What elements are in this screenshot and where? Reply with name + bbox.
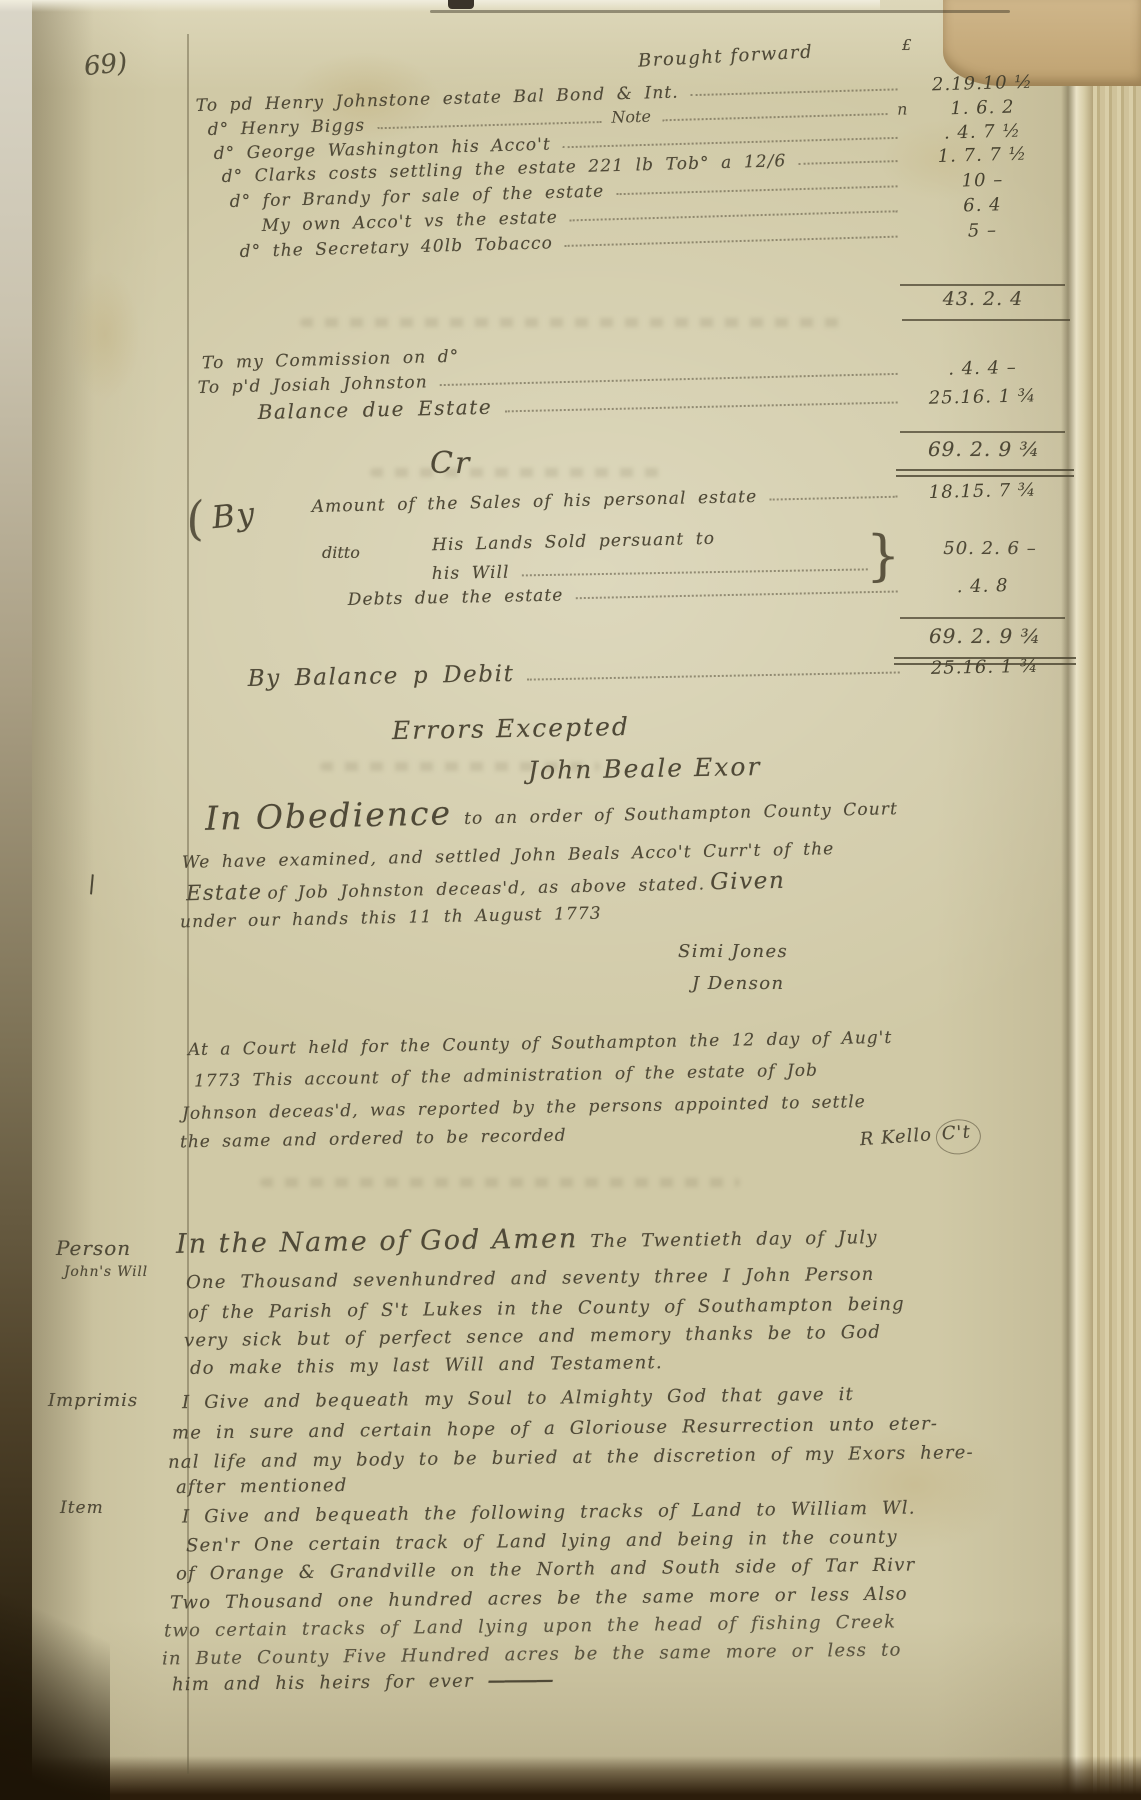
credit-total: 69. 2. 9 ¾: [898, 624, 1072, 648]
imprimis-line: after mentioned: [176, 1475, 348, 1498]
row-amount: 5 –: [907, 218, 1058, 243]
row-label: His Lands Sold persuant to: [432, 529, 715, 555]
top-dark-notch: [448, 0, 474, 9]
court-order-line: 1773 This account of the administration …: [194, 1061, 818, 1092]
will-invocation: In the Name of God Amen: [176, 1223, 579, 1260]
item-line: I Give and bequeath the following tracks…: [182, 1498, 916, 1528]
row-amount: 6. 4: [907, 193, 1058, 218]
settlement-line: Estate of Job Johnston deceas'd, as abov…: [186, 868, 786, 907]
dotted-leader: [616, 185, 897, 195]
dotted-leader: [691, 88, 898, 96]
row-amount: 25.16. 1 ¾: [907, 385, 1057, 409]
closing-dash: ————: [487, 1670, 551, 1692]
settlement-line: under our hands this 11 th August 1773: [180, 904, 602, 933]
dotted-leader: [504, 401, 897, 412]
gutter-shadow: [32, 0, 94, 1800]
row-amount: 10 –: [907, 168, 1058, 193]
obedience-opening: In Obedience: [205, 793, 453, 838]
ledger-row: Amount of the Sales of his personal esta…: [312, 479, 1058, 517]
credit-heading: Cr: [430, 446, 471, 481]
stacked-page-edges: [1093, 0, 1141, 1800]
book-gutter: [0, 0, 32, 1800]
row-amount: 2.19.10 ½: [907, 71, 1058, 96]
ledger-page-scan: 69) Brought forward £ To pd Henry Johnst…: [0, 0, 1141, 1800]
brought-forward-label: Brought forward: [638, 41, 814, 71]
ditto-word: ditto: [322, 543, 360, 562]
row-label: d° the Secretary 40lb Tobacco: [239, 233, 553, 262]
dotted-leader: [565, 236, 898, 247]
commission-row: To my Commission on d°: [202, 347, 460, 374]
dotted-leader: [769, 496, 897, 501]
dotted-leader: [522, 568, 868, 576]
row-amount: . 4. 4 –: [907, 356, 1057, 381]
row-label: By Balance p Debit: [248, 661, 515, 692]
row-amount: 50. 2. 6 –: [904, 538, 1076, 559]
dotted-leader: [563, 137, 898, 148]
by-word: By: [210, 496, 258, 536]
paper-stain: [70, 270, 140, 400]
item-line: him and his heirs for ever ————: [172, 1670, 552, 1696]
item-line: two certain tracks of Land lying upon th…: [164, 1612, 896, 1642]
item-line: in Bute County Five Hundred acres be the…: [162, 1639, 902, 1669]
item-line: Two Thousand one hundred acres be the sa…: [170, 1583, 908, 1613]
row-amount: 18.15. 7 ¾: [907, 479, 1057, 503]
row-label: To p'd Josiah Johnston: [198, 372, 429, 398]
balance-debit-row: By Balance p Debit 25.16. 1 ¾: [248, 650, 1060, 692]
top-crease-line: [430, 10, 1010, 13]
bottom-shadow-band: [0, 1756, 1141, 1800]
clerk-signature: R KelloC't: [859, 1118, 982, 1161]
debit-total: 69. 2. 9 ¾: [898, 437, 1070, 461]
ink-showthrough: [370, 468, 660, 477]
bottom-left-dark-corner: [0, 1560, 110, 1800]
total-rule: [900, 617, 1065, 619]
imprimis-line: I Give and bequeath my Soul to Almighty …: [182, 1384, 854, 1413]
row-amount: 25.16. 1 ¾: [909, 655, 1059, 679]
will-line: very sick but of perfect sence and memor…: [184, 1322, 881, 1352]
will-line: One Thousand sevenhundred and seventy th…: [186, 1264, 875, 1293]
double-rule: [896, 469, 1074, 477]
imprimis-line: me in sure and certain hope of a Gloriou…: [172, 1413, 938, 1443]
dotted-leader: [570, 210, 898, 221]
margin-note-imprimis: Imprimis: [48, 1390, 138, 1411]
dotted-leader: [799, 160, 898, 165]
page-right-crease: [1061, 0, 1093, 1800]
row-label: My own Acco't vs the estate: [261, 208, 558, 236]
margin-note-person: Person: [56, 1236, 131, 1260]
witness-signature: Simi Jones: [678, 941, 788, 962]
executor-signature: John Beale Exor: [528, 752, 762, 785]
witness-signature: J Denson: [692, 973, 784, 994]
dotted-leader: [527, 671, 900, 680]
row-amount: . 4. 7 ½: [907, 119, 1058, 144]
margin-note-item: Item: [60, 1498, 104, 1518]
court-order-line: Johnson deceas'd, was reported by the pe…: [182, 1092, 866, 1124]
item-line: Sen'r One certain track of Land lying an…: [186, 1527, 898, 1557]
by-flourish: (: [181, 491, 208, 547]
court-order-line: the same and ordered to be recorded: [180, 1126, 567, 1153]
row-label: his Will: [432, 563, 510, 584]
subtotal-rule: [902, 319, 1070, 321]
row-tail-mark: n: [897, 99, 908, 118]
debit-subtotal: 43. 2. 4: [898, 288, 1068, 310]
dotted-leader: [663, 113, 887, 121]
row-label: Balance due Estate: [257, 395, 492, 424]
row-label: Amount of the Sales of his personal esta…: [312, 487, 758, 517]
ink-showthrough: [260, 1178, 740, 1187]
total-rule: [900, 431, 1065, 433]
row-amount: 1. 7. 7 ½: [907, 143, 1058, 168]
pound-symbol: £: [902, 36, 912, 54]
row-amount: . 4. 8: [907, 574, 1057, 598]
subtotal-rule: [900, 284, 1065, 286]
court-order-line: At a Court held for the County of Southa…: [188, 1028, 893, 1060]
will-line: of the Parish of S't Lukes in the County…: [188, 1294, 905, 1324]
dotted-leader: [576, 590, 898, 599]
errors-excepted: Errors Excepted: [392, 712, 630, 745]
item-line: of Orange & Grandville on the North and …: [176, 1554, 916, 1584]
obedience-line: In Obedience to an order of Southampton …: [205, 783, 899, 838]
clerk-title-flourish: C't: [935, 1118, 982, 1156]
margin-note-will: John's Will: [64, 1264, 148, 1280]
dotted-leader: [377, 121, 601, 129]
ink-showthrough: [300, 318, 840, 327]
row-mid-word: Note: [611, 107, 651, 127]
row-amount: 1. 6. 2: [907, 95, 1058, 120]
will-line: do make this my last Will and Testament.: [190, 1352, 663, 1379]
row-label: Debts due the estate: [348, 585, 564, 610]
dotted-leader: [440, 373, 898, 386]
page-number: 69): [83, 48, 129, 82]
will-opening-line: In the Name of God Amen The Twentieth da…: [176, 1219, 878, 1260]
